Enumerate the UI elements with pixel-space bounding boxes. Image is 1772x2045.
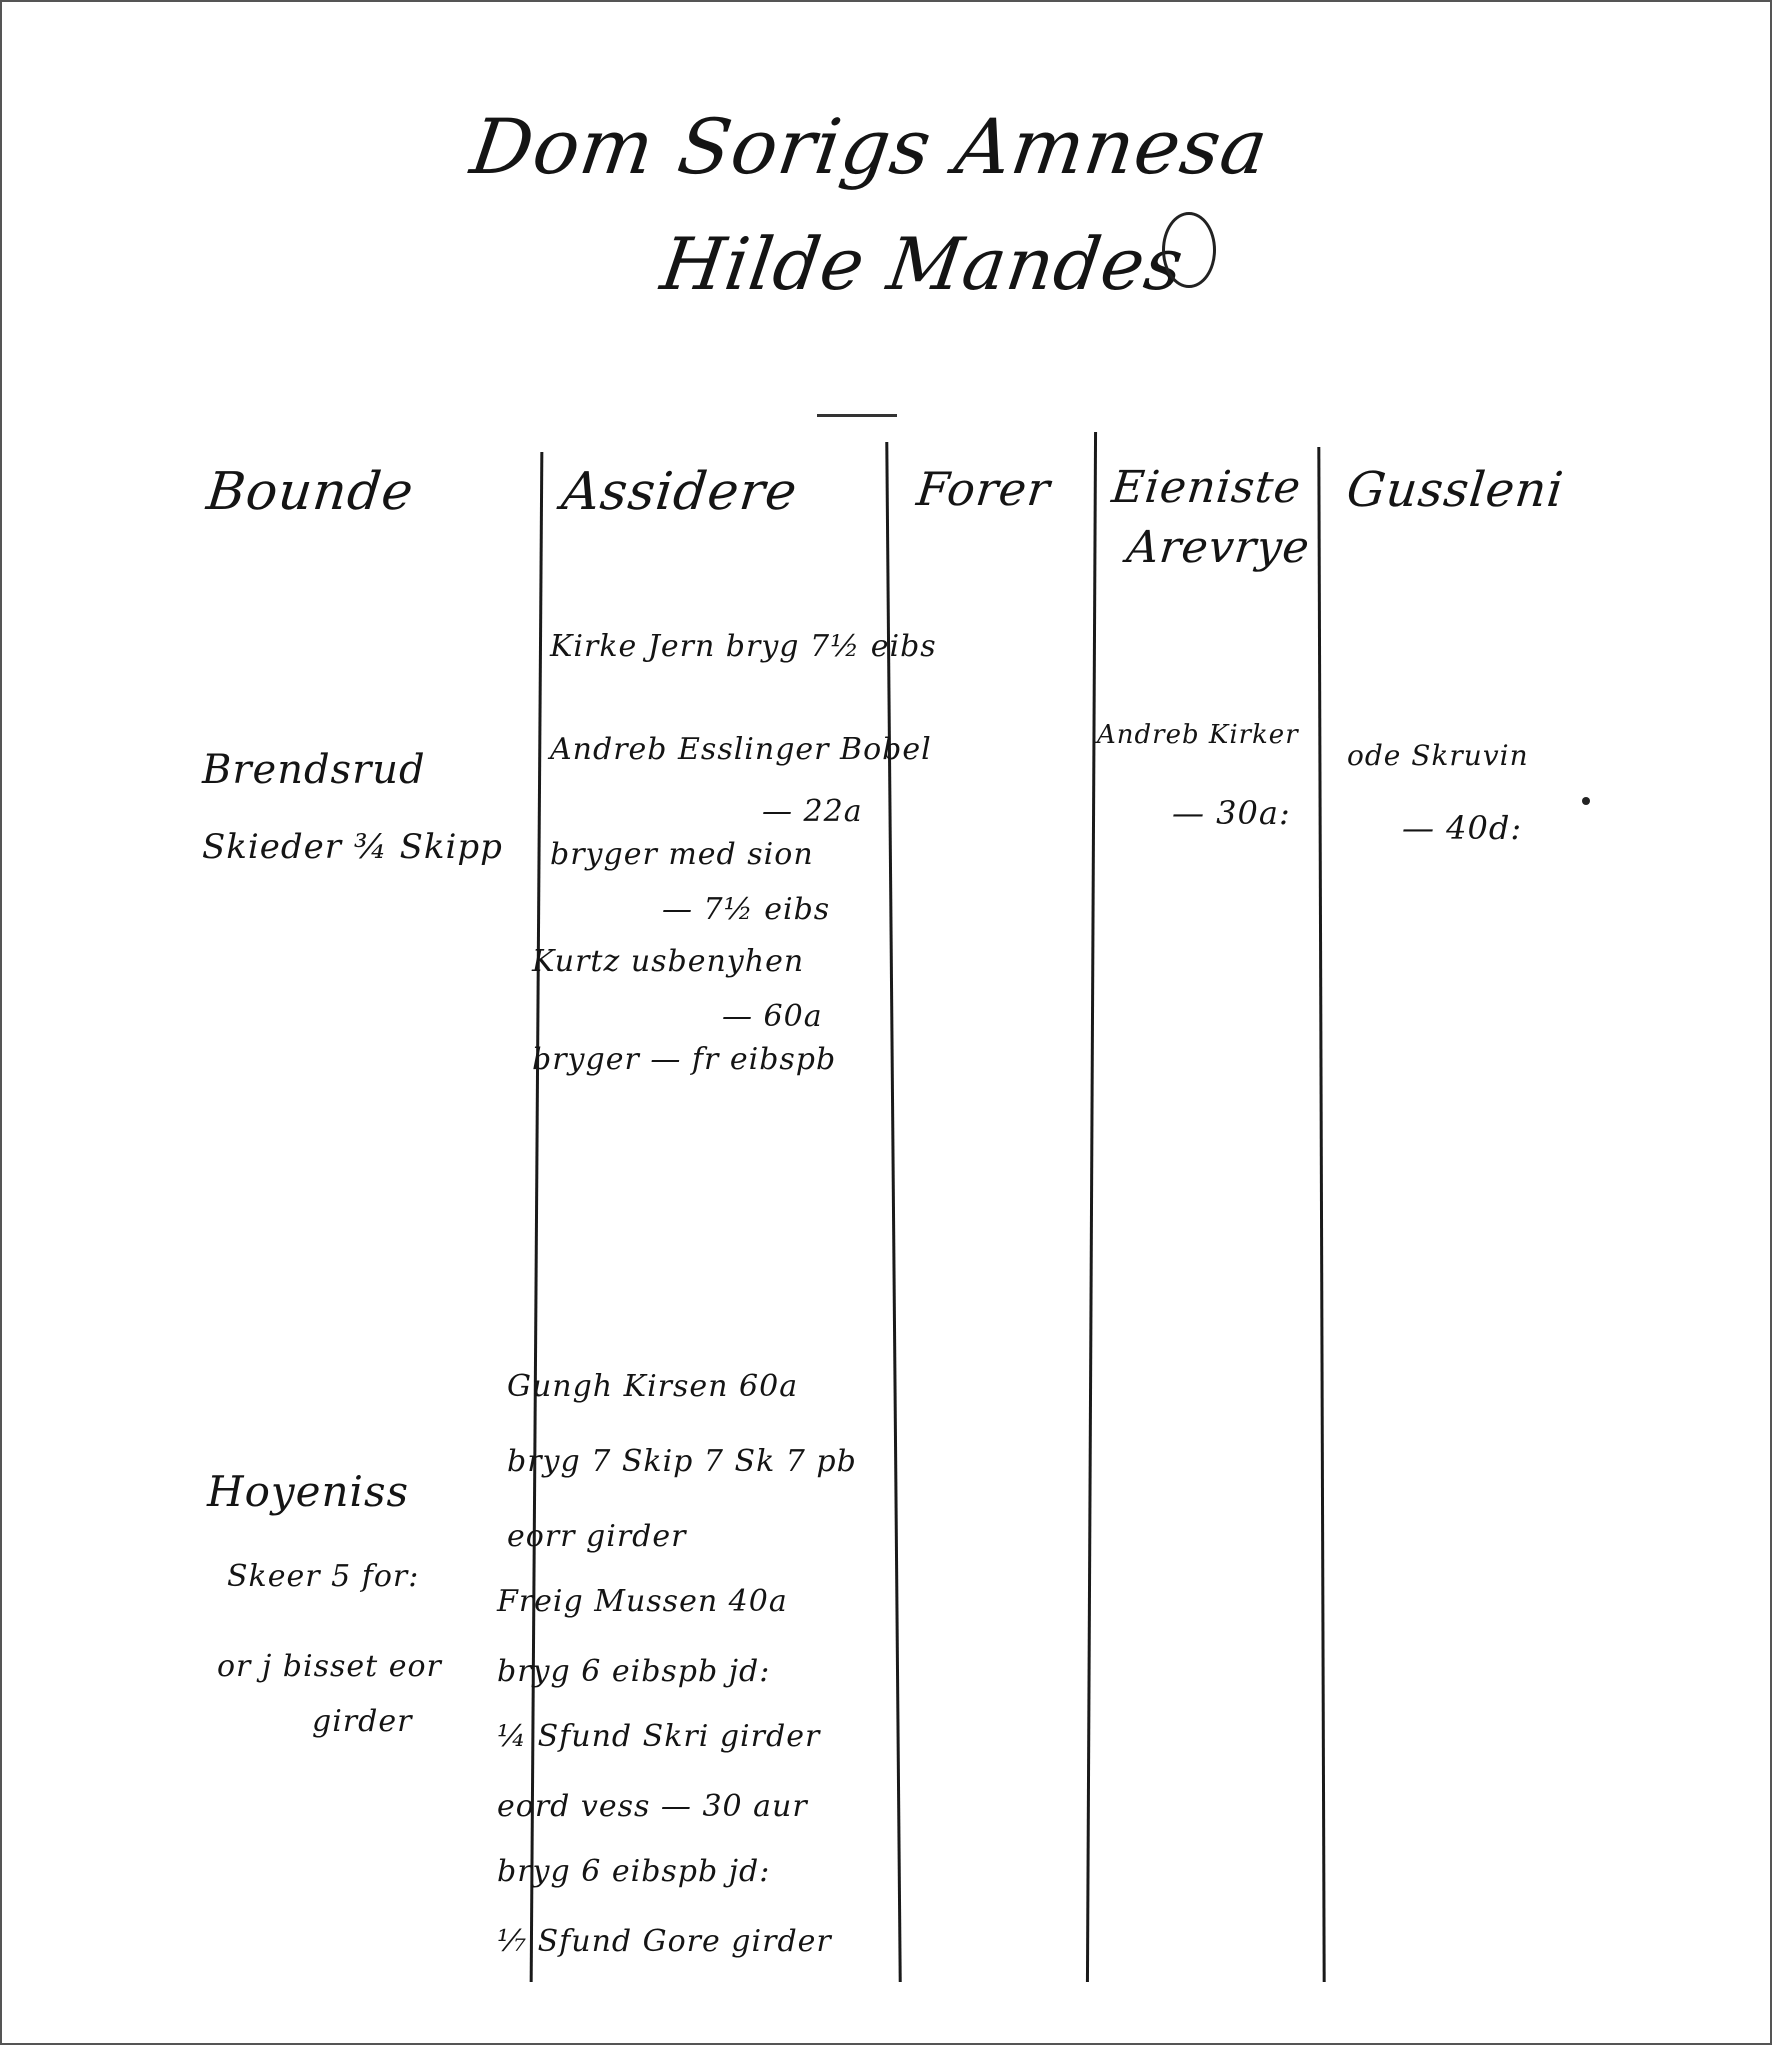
entry-2-recipient-line: bryg 6 eibspb jd: bbox=[497, 1857, 770, 1887]
entry-1-tiende-line: — 30a: bbox=[1172, 797, 1291, 829]
header-dash-mark bbox=[817, 414, 897, 417]
entry-2-place-line-2: Skeer 5 for: bbox=[227, 1562, 419, 1592]
column-rule-4 bbox=[1317, 447, 1325, 1982]
entry-2-recipient-line: bryg 7 Skip 7 Sk 7 pb bbox=[507, 1447, 857, 1477]
entry-1-extra-line: — 40d: bbox=[1402, 812, 1522, 844]
entry-2-recipient-line: bryg 6 eibspb jd: bbox=[497, 1657, 770, 1687]
entry-1-recipient-line: Kirke Jern bryg 7½ eibs bbox=[550, 632, 937, 662]
column-header-recipient: Assidere bbox=[559, 462, 801, 522]
entry-2-recipient-line: eord vess — 30 aur bbox=[497, 1792, 808, 1822]
entry-1-recipient-line: — 7½ eibs bbox=[662, 895, 830, 925]
entry-1-recipient-line: — 60a bbox=[722, 1002, 823, 1032]
column-header-tiende: Eieniste bbox=[1109, 462, 1303, 513]
column-rule-3 bbox=[1086, 432, 1097, 1982]
document-title-line-2: Hilde Mandes bbox=[656, 222, 1189, 306]
entry-1-recipient-line: — 22a bbox=[762, 797, 863, 827]
entry-2-recipient-line: ⅐ Sfund Gore girder bbox=[497, 1927, 832, 1957]
entry-2-recipient-line: Freig Mussen 40a bbox=[497, 1587, 788, 1617]
title-flourish-icon bbox=[1162, 212, 1216, 288]
entry-1-place-line-1: Brendsrud bbox=[202, 747, 426, 793]
entry-1-recipient-line: bryger med sion bbox=[550, 840, 814, 870]
entry-1-recipient-line: Andreb Esslinger Bobel bbox=[550, 735, 932, 765]
column-header-place: Bounde bbox=[204, 462, 417, 522]
entry-1-recipient-line: bryger — fr eibspb bbox=[532, 1045, 836, 1075]
entry-2-place-line-3: or j bisset eor bbox=[217, 1652, 442, 1682]
column-rule-2 bbox=[885, 442, 901, 1982]
entry-2-recipient-line: ¼ Sfund Skri girder bbox=[497, 1722, 820, 1752]
entry-2-place-line-4: girder bbox=[312, 1707, 412, 1737]
entry-1-tiende-line: Andreb Kirker bbox=[1097, 722, 1299, 748]
entry-1-recipient-line: Kurtz usbenyhen bbox=[532, 947, 804, 977]
entry-1-place-line-2: Skieder ¾ Skipp bbox=[202, 827, 503, 867]
document-page: Dom Sorigs Amnesa Hilde Mandes Bounde As… bbox=[0, 0, 1772, 2045]
ink-dot bbox=[1582, 797, 1590, 805]
column-header-tiende-line-2: Arevrye bbox=[1124, 522, 1312, 573]
column-header-forer: Forer bbox=[914, 462, 1053, 516]
column-header-extra: Gussleni bbox=[1344, 462, 1566, 518]
document-title-line-1: Dom Sorigs Amnesa bbox=[466, 102, 1274, 191]
entry-2-recipient-line: Gungh Kirsen 60a bbox=[507, 1372, 798, 1402]
entry-2-place-line-1: Hoyeniss bbox=[207, 1467, 409, 1516]
entry-1-extra-line: ode Skruvin bbox=[1347, 742, 1529, 770]
entry-2-recipient-line: eorr girder bbox=[507, 1522, 686, 1552]
